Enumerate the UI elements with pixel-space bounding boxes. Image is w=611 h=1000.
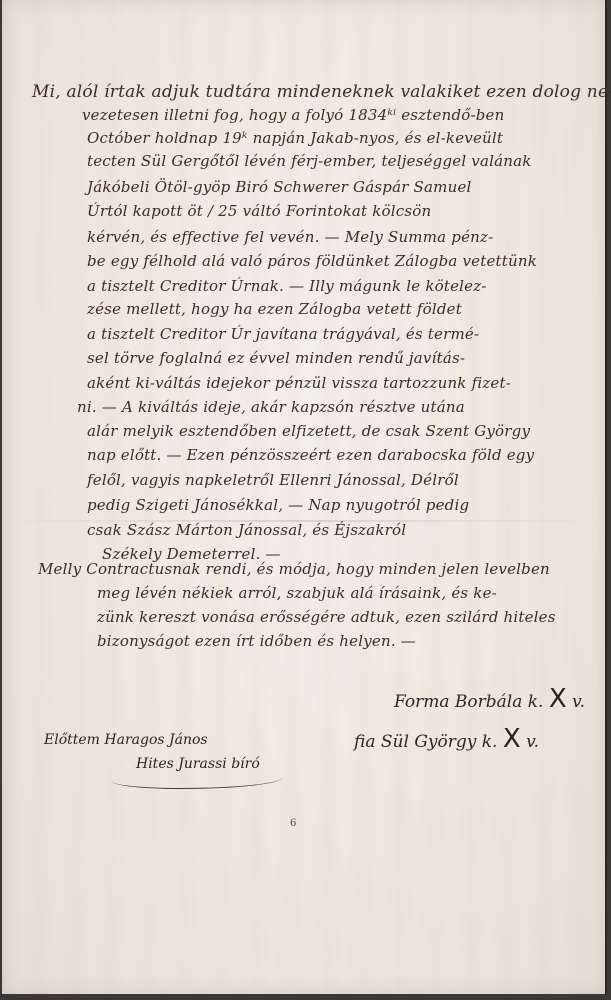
signature-suffix: v. — [526, 732, 539, 752]
signature-forma-borbala: Forma Borbála k. X v. — [394, 684, 585, 714]
text-line-21: Melly Contractusnak rendi, és módja, hog… — [38, 560, 550, 578]
cross-mark-icon: X — [549, 684, 567, 714]
text-line-18: pedig Szigeti Jánosékkal, — Nap nyugotró… — [87, 496, 469, 514]
text-line-4: tecten Sül Gergőtől lévén férj-ember, te… — [87, 152, 532, 170]
text-line-19: csak Szász Márton Jánossal, és Éjszakról — [87, 521, 406, 539]
text-line-14: ni. — A kiváltás ideje, akár kapzsón rés… — [77, 398, 465, 416]
text-line-11: a tisztelt Creditor Úr javítana trágyáva… — [87, 325, 479, 343]
signature-suffix: v. — [572, 692, 585, 712]
witness-line-1: Előttem Haragos János — [44, 732, 208, 748]
text-line-2: vezetesen illetni fog, hogy a folyó 1834… — [82, 106, 505, 124]
text-line-6: Úrtól kapott öt / 25 váltó Forintokat kö… — [87, 202, 431, 220]
text-line-22: meg lévén nékiek arról, szabjuk alá írás… — [97, 584, 497, 602]
signatory-name: fia Sül György k. — [354, 732, 497, 752]
text-line-3: Octóber holdnap 19ᵏ napján Jakab-nyos, é… — [87, 129, 503, 147]
text-line-15: alár melyik esztendőben elfizetett, de c… — [87, 422, 530, 440]
text-line-1: Mi, alól írtak adjuk tudtára mindeneknek… — [32, 82, 611, 102]
text-line-16: nap előtt. — Ezen pénzösszeért ezen dara… — [87, 446, 534, 464]
text-line-5: Jákóbeli Ötöl-gyöp Biró Schwerer Gáspár … — [87, 178, 472, 196]
text-line-24: bizonyságot ezen írt időben és helyen. — — [97, 632, 416, 650]
cross-mark-icon: X — [503, 724, 521, 754]
text-line-17: felől, vagyis napkeletről Ellenri Jánoss… — [87, 471, 459, 489]
text-line-10: zése mellett, hogy ha ezen Zálogba vetet… — [87, 300, 462, 318]
text-line-12: sel törve foglalná ez évvel minden rendű… — [87, 349, 465, 367]
text-line-7: kérvén, és effective fel vevén. — Mely S… — [87, 228, 493, 246]
signature-sul-gyorgy: fia Sül György k. X v. — [354, 724, 539, 754]
signatory-name: Forma Borbála k. — [394, 692, 543, 712]
document-page: Mi, alól írtak adjuk tudtára mindeneknek… — [2, 0, 607, 994]
text-line-9: a tisztelt Creditor Úrnak. — Illy mágunk… — [87, 277, 487, 295]
page-marker: 6 — [290, 818, 296, 829]
text-line-23: zünk kereszt vonása erősségére adtuk, ez… — [97, 608, 556, 626]
text-line-13: aként ki-váltás idejekor pénzül vissza t… — [87, 374, 511, 392]
text-line-8: be egy félhold alá való páros földünket … — [87, 252, 537, 270]
signature-flourish — [112, 770, 282, 789]
